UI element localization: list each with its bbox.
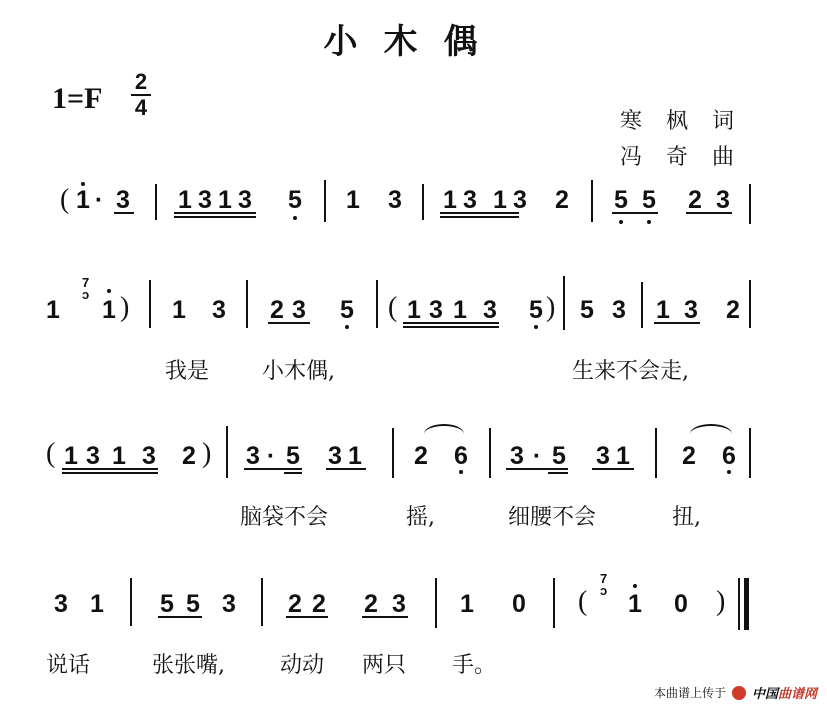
lyric: 我是 [165,354,209,385]
note: 3 [714,186,732,214]
final-barline-thin [738,578,740,630]
low-octave-dot [293,216,297,220]
barline [149,280,151,328]
barline [655,428,657,478]
note: 0 [510,590,528,618]
barline [563,276,565,330]
note: 1 [216,186,234,214]
augmentation-dot: · [90,186,108,214]
note: 1 [170,296,188,324]
barline [392,428,394,478]
underline [654,322,700,324]
note: 3 [244,442,262,470]
note: 1 [176,186,194,214]
note: 2 [553,186,571,214]
final-barline-thick [744,578,749,630]
low-octave-dot [647,220,651,224]
underline [244,468,302,470]
note: 5 [612,186,630,214]
score-title: 小木偶 [0,14,827,63]
note: 2 [286,590,304,618]
underline [62,468,158,470]
note: 3 [140,442,158,470]
note: 1 [88,590,106,618]
barline [324,180,326,222]
note: 1 [654,296,672,324]
underline [362,616,408,618]
barline [226,426,228,478]
note: 5 [578,296,596,324]
lyric: 脑袋不会 [240,500,328,531]
underline [158,616,202,618]
note: 1 [458,590,476,618]
note: 5 [640,186,658,214]
note: 5 [338,296,356,324]
underline [592,468,634,470]
note: 2 [310,590,328,618]
note: 2 [686,186,704,214]
note: 6 [452,442,470,470]
lyric: 小木偶, [262,354,335,385]
underline [284,472,302,474]
augmentation-dot: · [262,442,280,470]
note: 1 [441,186,459,214]
note: 0 [672,590,690,618]
key-signature: 1=F [52,82,102,116]
augmentation-dot: · [528,442,546,470]
note: 1 [346,442,364,470]
time-signature: 2 4 [130,70,152,120]
grace-slur-icon: ↄ [600,585,607,597]
note: 1 [626,590,644,618]
note: 2 [268,296,286,324]
note: 3 [610,296,628,324]
barline [435,578,437,628]
note: 3 [196,186,214,214]
barline [749,428,751,478]
time-denominator: 4 [130,96,152,120]
low-octave-dot [459,470,463,474]
barline [246,280,248,328]
grace-slur-icon: ↄ [82,289,89,301]
note: 1 [405,296,423,324]
note: 3 [390,590,408,618]
note: 3 [386,186,404,214]
low-octave-dot [727,470,731,474]
note: 1 [110,442,128,470]
barline [641,282,643,328]
upload-watermark: 本曲谱上传于 中国曲谱网 [654,683,817,702]
note: 1 [44,296,62,324]
close-paren: ) [120,294,129,322]
note: 3 [511,186,529,214]
underline [174,216,256,218]
note: 5 [284,442,302,470]
barline [261,578,263,626]
note: 6 [720,442,738,470]
lyricist-credit: 寒枫词 [620,104,758,135]
underline [268,322,310,324]
underline [612,212,658,214]
open-paren: ( [60,186,69,214]
close-paren: ) [546,294,555,322]
note: 3 [481,296,499,324]
note: 2 [412,442,430,470]
barline [489,428,491,478]
barline [422,184,424,220]
lyric: 摇, [406,500,435,531]
underline [286,616,328,618]
close-paren: ) [716,588,725,616]
note: 3 [220,590,238,618]
high-octave-dot [81,182,85,186]
underline [440,216,519,218]
underline [403,322,499,324]
note: 1 [491,186,509,214]
lyric: 张张嘴, [152,648,225,679]
slur-tie [690,424,732,434]
open-paren: ( [46,440,55,468]
lyric: 生来不会走, [572,354,689,385]
note: 5 [527,296,545,324]
underline [114,212,134,214]
barline [130,578,132,626]
note: 5 [158,590,176,618]
underline [686,212,732,214]
note: 1 [614,442,632,470]
barline [749,184,751,224]
low-octave-dot [619,220,623,224]
close-paren: ) [202,440,211,468]
open-paren: ( [578,588,587,616]
lyric: 动动 [280,648,324,679]
note: 3 [427,296,445,324]
note: 3 [594,442,612,470]
uploaded-label: 本曲谱上传于 [654,684,726,701]
time-numerator: 2 [130,70,152,94]
note: 2 [680,442,698,470]
note: 3 [84,442,102,470]
note: 2 [362,590,380,618]
note: 3 [326,442,344,470]
site-logo-icon [732,686,746,700]
note: 5 [550,442,568,470]
high-octave-dot [633,584,637,588]
barline [376,280,378,328]
barline [749,280,751,328]
note: 3 [114,186,132,214]
site-name[interactable]: 中国曲谱网 [752,683,817,702]
low-octave-dot [534,325,538,329]
underline [62,472,158,474]
lyric: 扭, [672,500,701,531]
low-octave-dot [345,325,349,329]
note: 3 [52,590,70,618]
underline [326,468,366,470]
lyric: 细腰不会 [508,500,596,531]
note: 3 [210,296,228,324]
underline [548,472,568,474]
lyric: 说话 [46,648,90,679]
barline [591,180,593,222]
note: 3 [290,296,308,324]
note: 2 [180,442,198,470]
note: 1 [451,296,469,324]
note: 1 [100,296,118,324]
lyric: 两只 [362,648,406,679]
composer-credit: 冯奇曲 [620,140,758,171]
note: 5 [184,590,202,618]
note: 1 [62,442,80,470]
barline [155,184,157,220]
note: 5 [286,186,304,214]
underline [403,326,499,328]
high-octave-dot [107,289,111,293]
note: 2 [724,296,742,324]
note: 3 [236,186,254,214]
underline [506,468,568,470]
open-paren: ( [388,294,397,322]
lyric: 手。 [452,648,496,679]
note: 3 [461,186,479,214]
underline [440,212,519,214]
slur-tie [424,424,464,434]
note: 3 [508,442,526,470]
barline [553,578,555,628]
underline [174,212,256,214]
note: 3 [682,296,700,324]
note: 1 [344,186,362,214]
